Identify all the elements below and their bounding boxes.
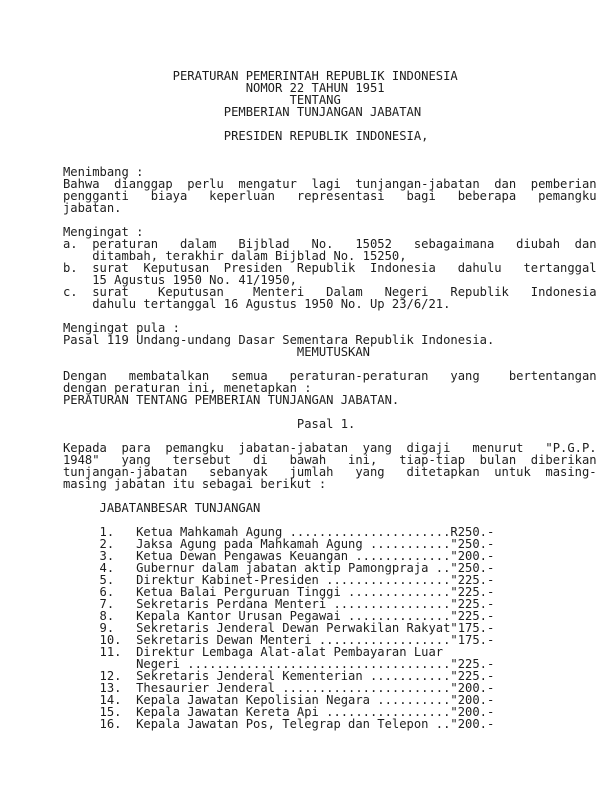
decision-text-3: PERATURAN TENTANG PEMBERIAN TUNJANGAN JA… — [63, 394, 597, 406]
menimbang-text-3: jabatan. — [63, 202, 597, 214]
document-page: PERATURAN PEMERINTAH REPUBLIK INDONESIA … — [0, 0, 612, 792]
blank-line — [63, 154, 597, 166]
issuer-line: PRESIDEN REPUBLIK INDONESIA, — [63, 130, 597, 142]
pasal-1-text-4: masing jabatan itu sebagai berikut : — [63, 478, 597, 490]
menimbang-text-2: pengganti biaya keperluan representasi b… — [63, 190, 597, 202]
blank-line — [63, 142, 597, 154]
blank-line — [63, 214, 597, 226]
allowance-row-16: 16. Kepala Jawatan Pos, Telegrap dan Tel… — [63, 718, 597, 730]
table-heading: JABATANBESAR TUNJANGAN — [63, 502, 597, 514]
document-body: PERATURAN PEMERINTAH REPUBLIK INDONESIA … — [63, 70, 597, 730]
mengingat-item-c-2: dahulu tertanggal 16 Agustus 1950 No. Up… — [63, 298, 597, 310]
pasal-1-heading: Pasal 1. — [63, 418, 597, 430]
title-line-4: PEMBERIAN TUNJANGAN JABATAN — [63, 106, 597, 118]
memutuskan-heading: MEMUTUSKAN — [63, 346, 597, 358]
